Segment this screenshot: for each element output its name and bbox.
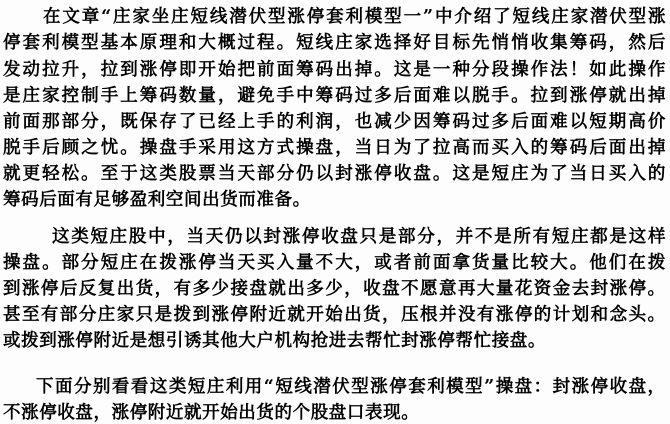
text-line: 或拨到涨停附近是想引诱其他大户机构抢进去帮忙封涨停帮忙接盘。	[3, 328, 546, 354]
text-line: 是庄家控制手上筹码数量，避免手中筹码过多后面难以脱手。拉到涨停就出掉	[3, 83, 667, 109]
text-line: 甚至有部分庄家只是拨到涨停附近就开始出货，压根并没有涨停的计划和念头。	[3, 302, 667, 328]
text-line: 就更轻松。至于这类股票当天部分仍以封涨停收盘。这是短庄为了当日买入的	[3, 161, 667, 187]
text-line: 筹码后面有足够盈利空间出货而准备。	[3, 187, 311, 213]
text-line: 前面那部分，既保存了已经上手的利润，也减少因筹码过多后面难以短期高价	[3, 109, 667, 135]
text-line: 停套利模型基本原理和大概过程。短线庄家选择好目标先悄悄收集筹码，然后	[3, 30, 667, 56]
text-line: 发动拉升，拉到涨停即开始把前面筹码出掉。这是一种分段操作法！如此操作	[3, 57, 667, 83]
text-line: 到涨停后反复出货，有多少接盘就出多少，收盘不愿意再大量花资金去封涨停。	[3, 276, 667, 302]
text-line: 脱手后顾之忧。操盘手采用这方式操盘，当日为了拉高而买入的筹码后面出掉	[3, 135, 667, 161]
text-line: 操盘。部分短庄在拨涨停当天买入量不大，或者前面拿货量比较大。他们在拨	[3, 250, 667, 276]
text-line: 不涨停收盘，涨停附近就开始出货的个股盘口表现。	[3, 400, 419, 424]
text-line: 下面分别看看这类短庄利用“短线潜伏型涨停套利模型”操盘：封涨停收盘，	[36, 374, 667, 400]
text-line: 这类短庄股中，当天仍以封涨停收盘只是部分，并不是所有短庄都是这样	[52, 224, 667, 250]
text-line: 在文章“庄家坐庄短线潜伏型涨停套利模型一”中介绍了短线庄家潜伏型涨	[43, 4, 667, 30]
